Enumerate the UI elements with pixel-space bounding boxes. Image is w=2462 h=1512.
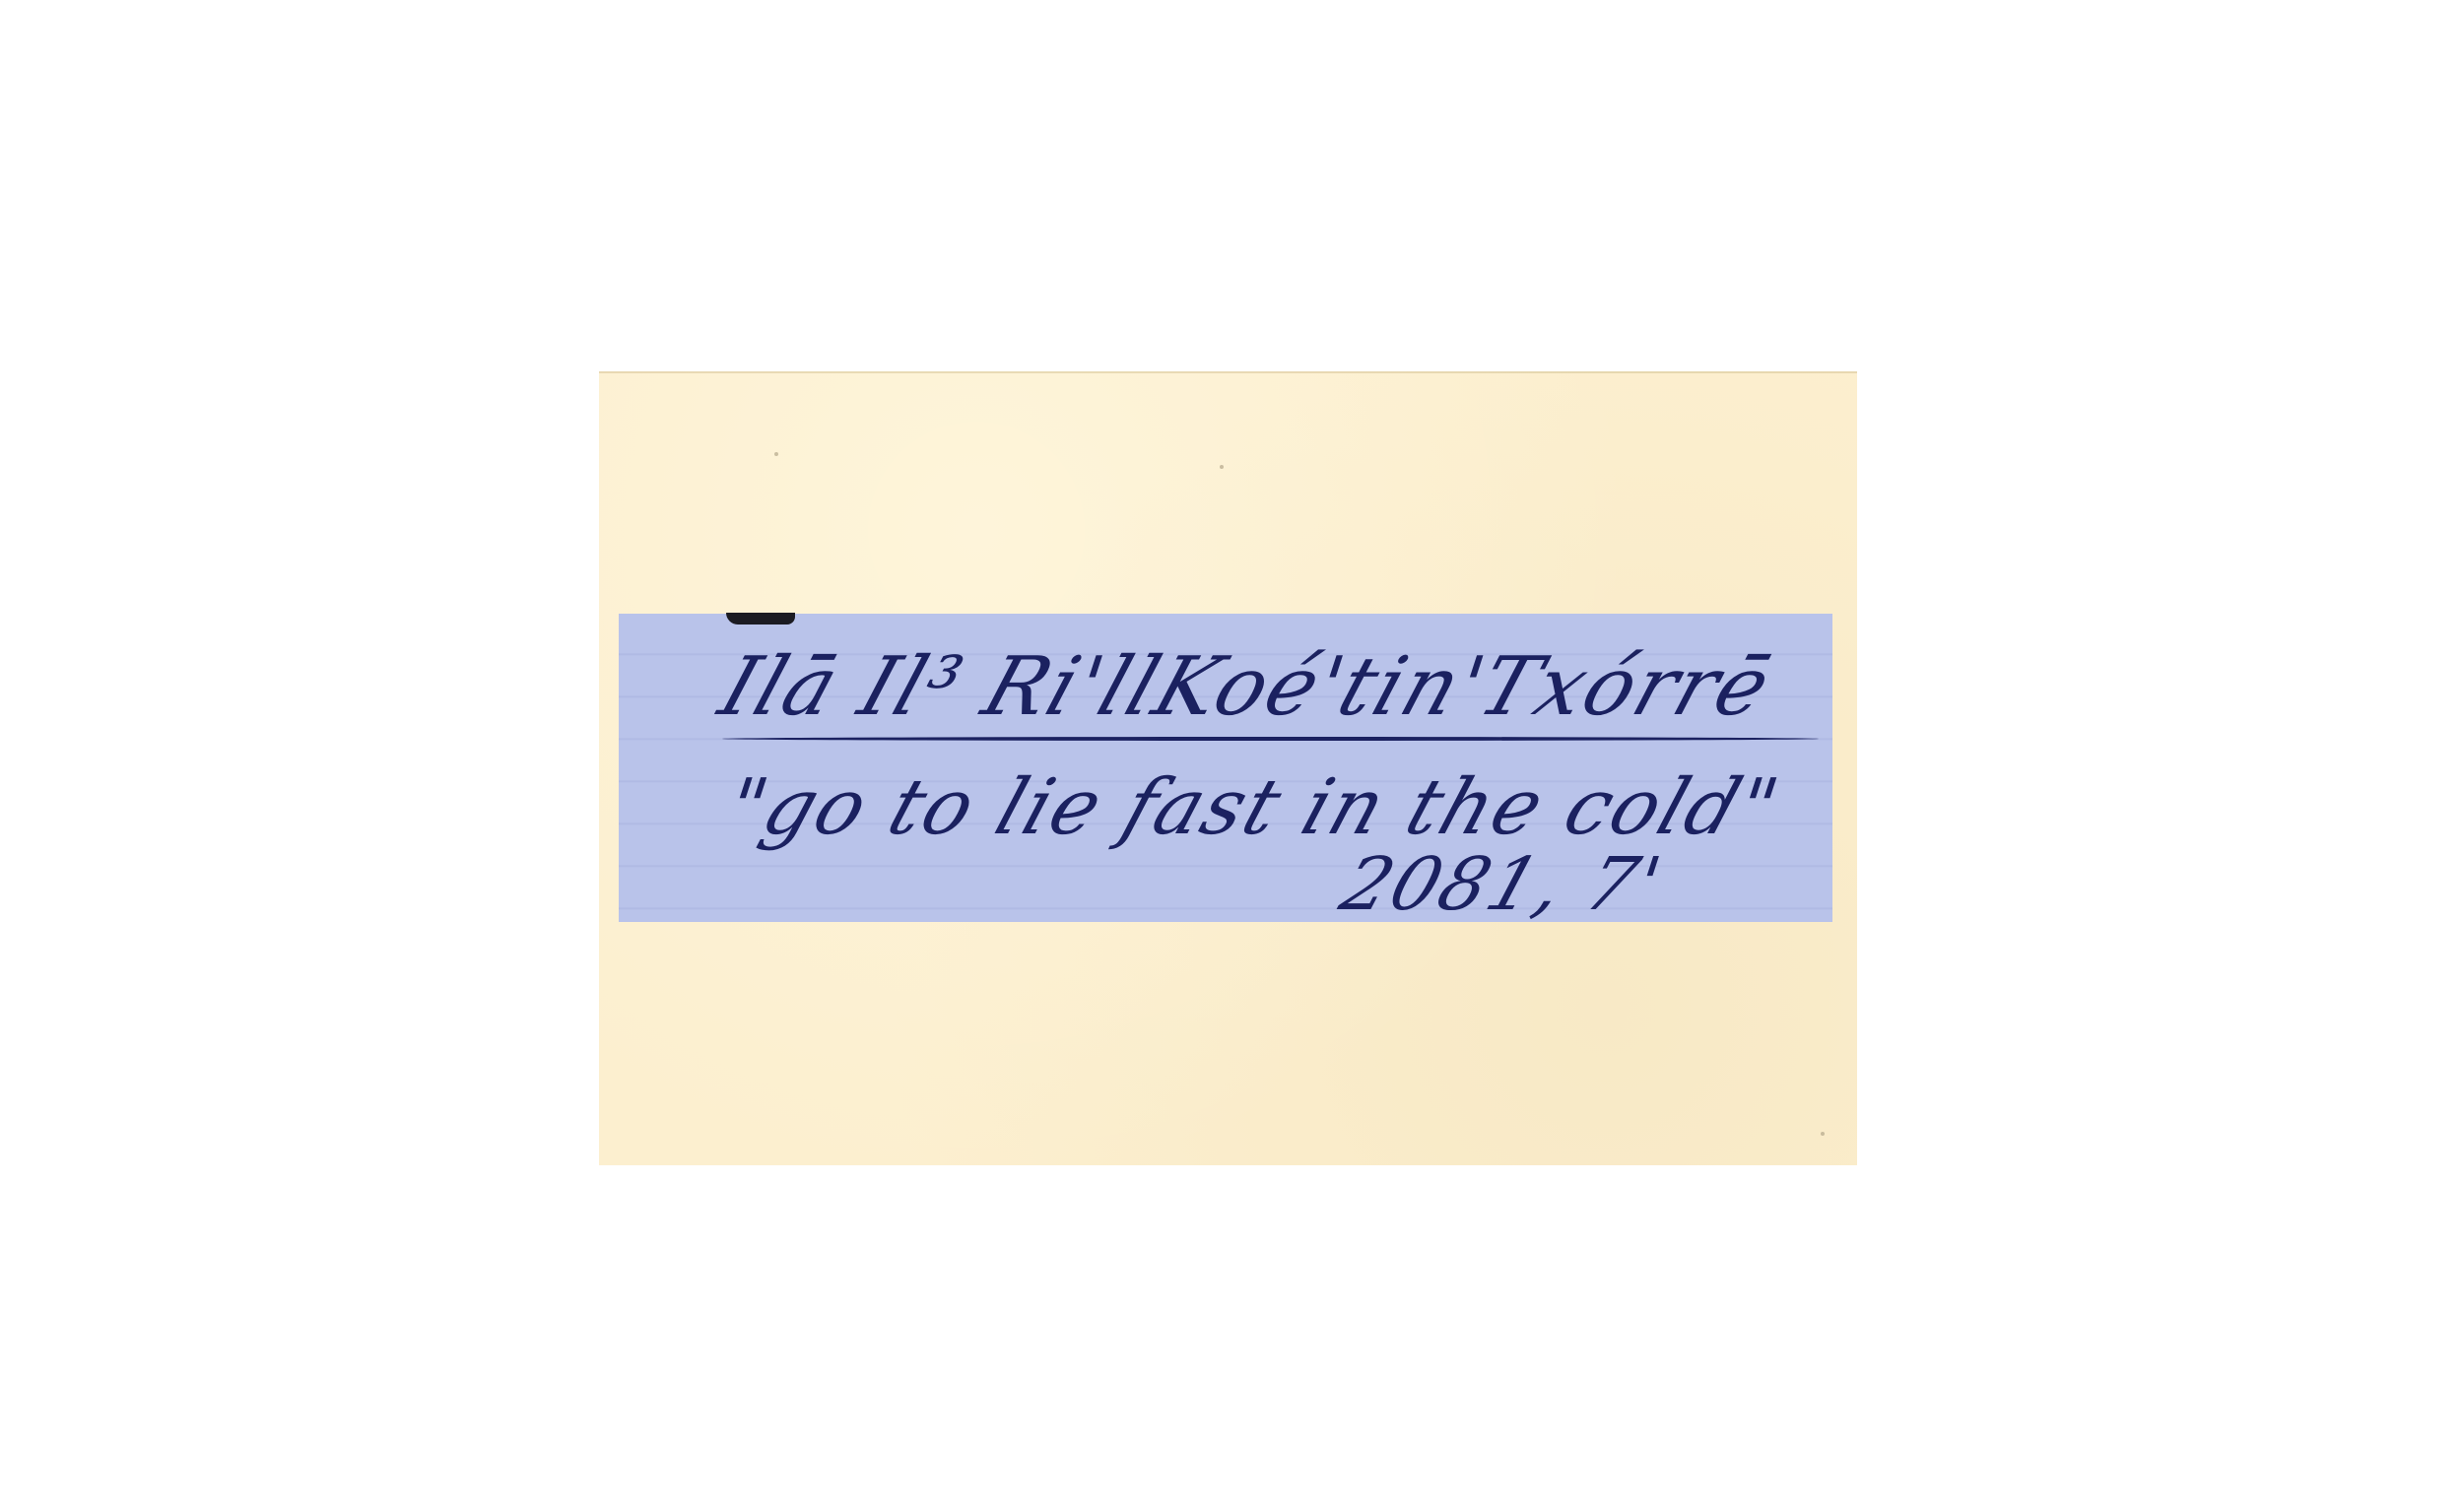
ink-blot xyxy=(726,613,795,625)
handwritten-title: Ilā Il³ Ri'llKoé'tin'Txórrē xyxy=(709,640,1783,734)
paper-speck xyxy=(1220,465,1224,469)
paper-speck xyxy=(774,452,778,456)
handwritten-quote: "go to lie fast in the cold" xyxy=(714,763,1790,852)
title-underline xyxy=(722,737,1819,741)
handwritten-reference-number: 2081, 7' xyxy=(1331,842,1673,927)
paper-speck xyxy=(1821,1132,1825,1136)
